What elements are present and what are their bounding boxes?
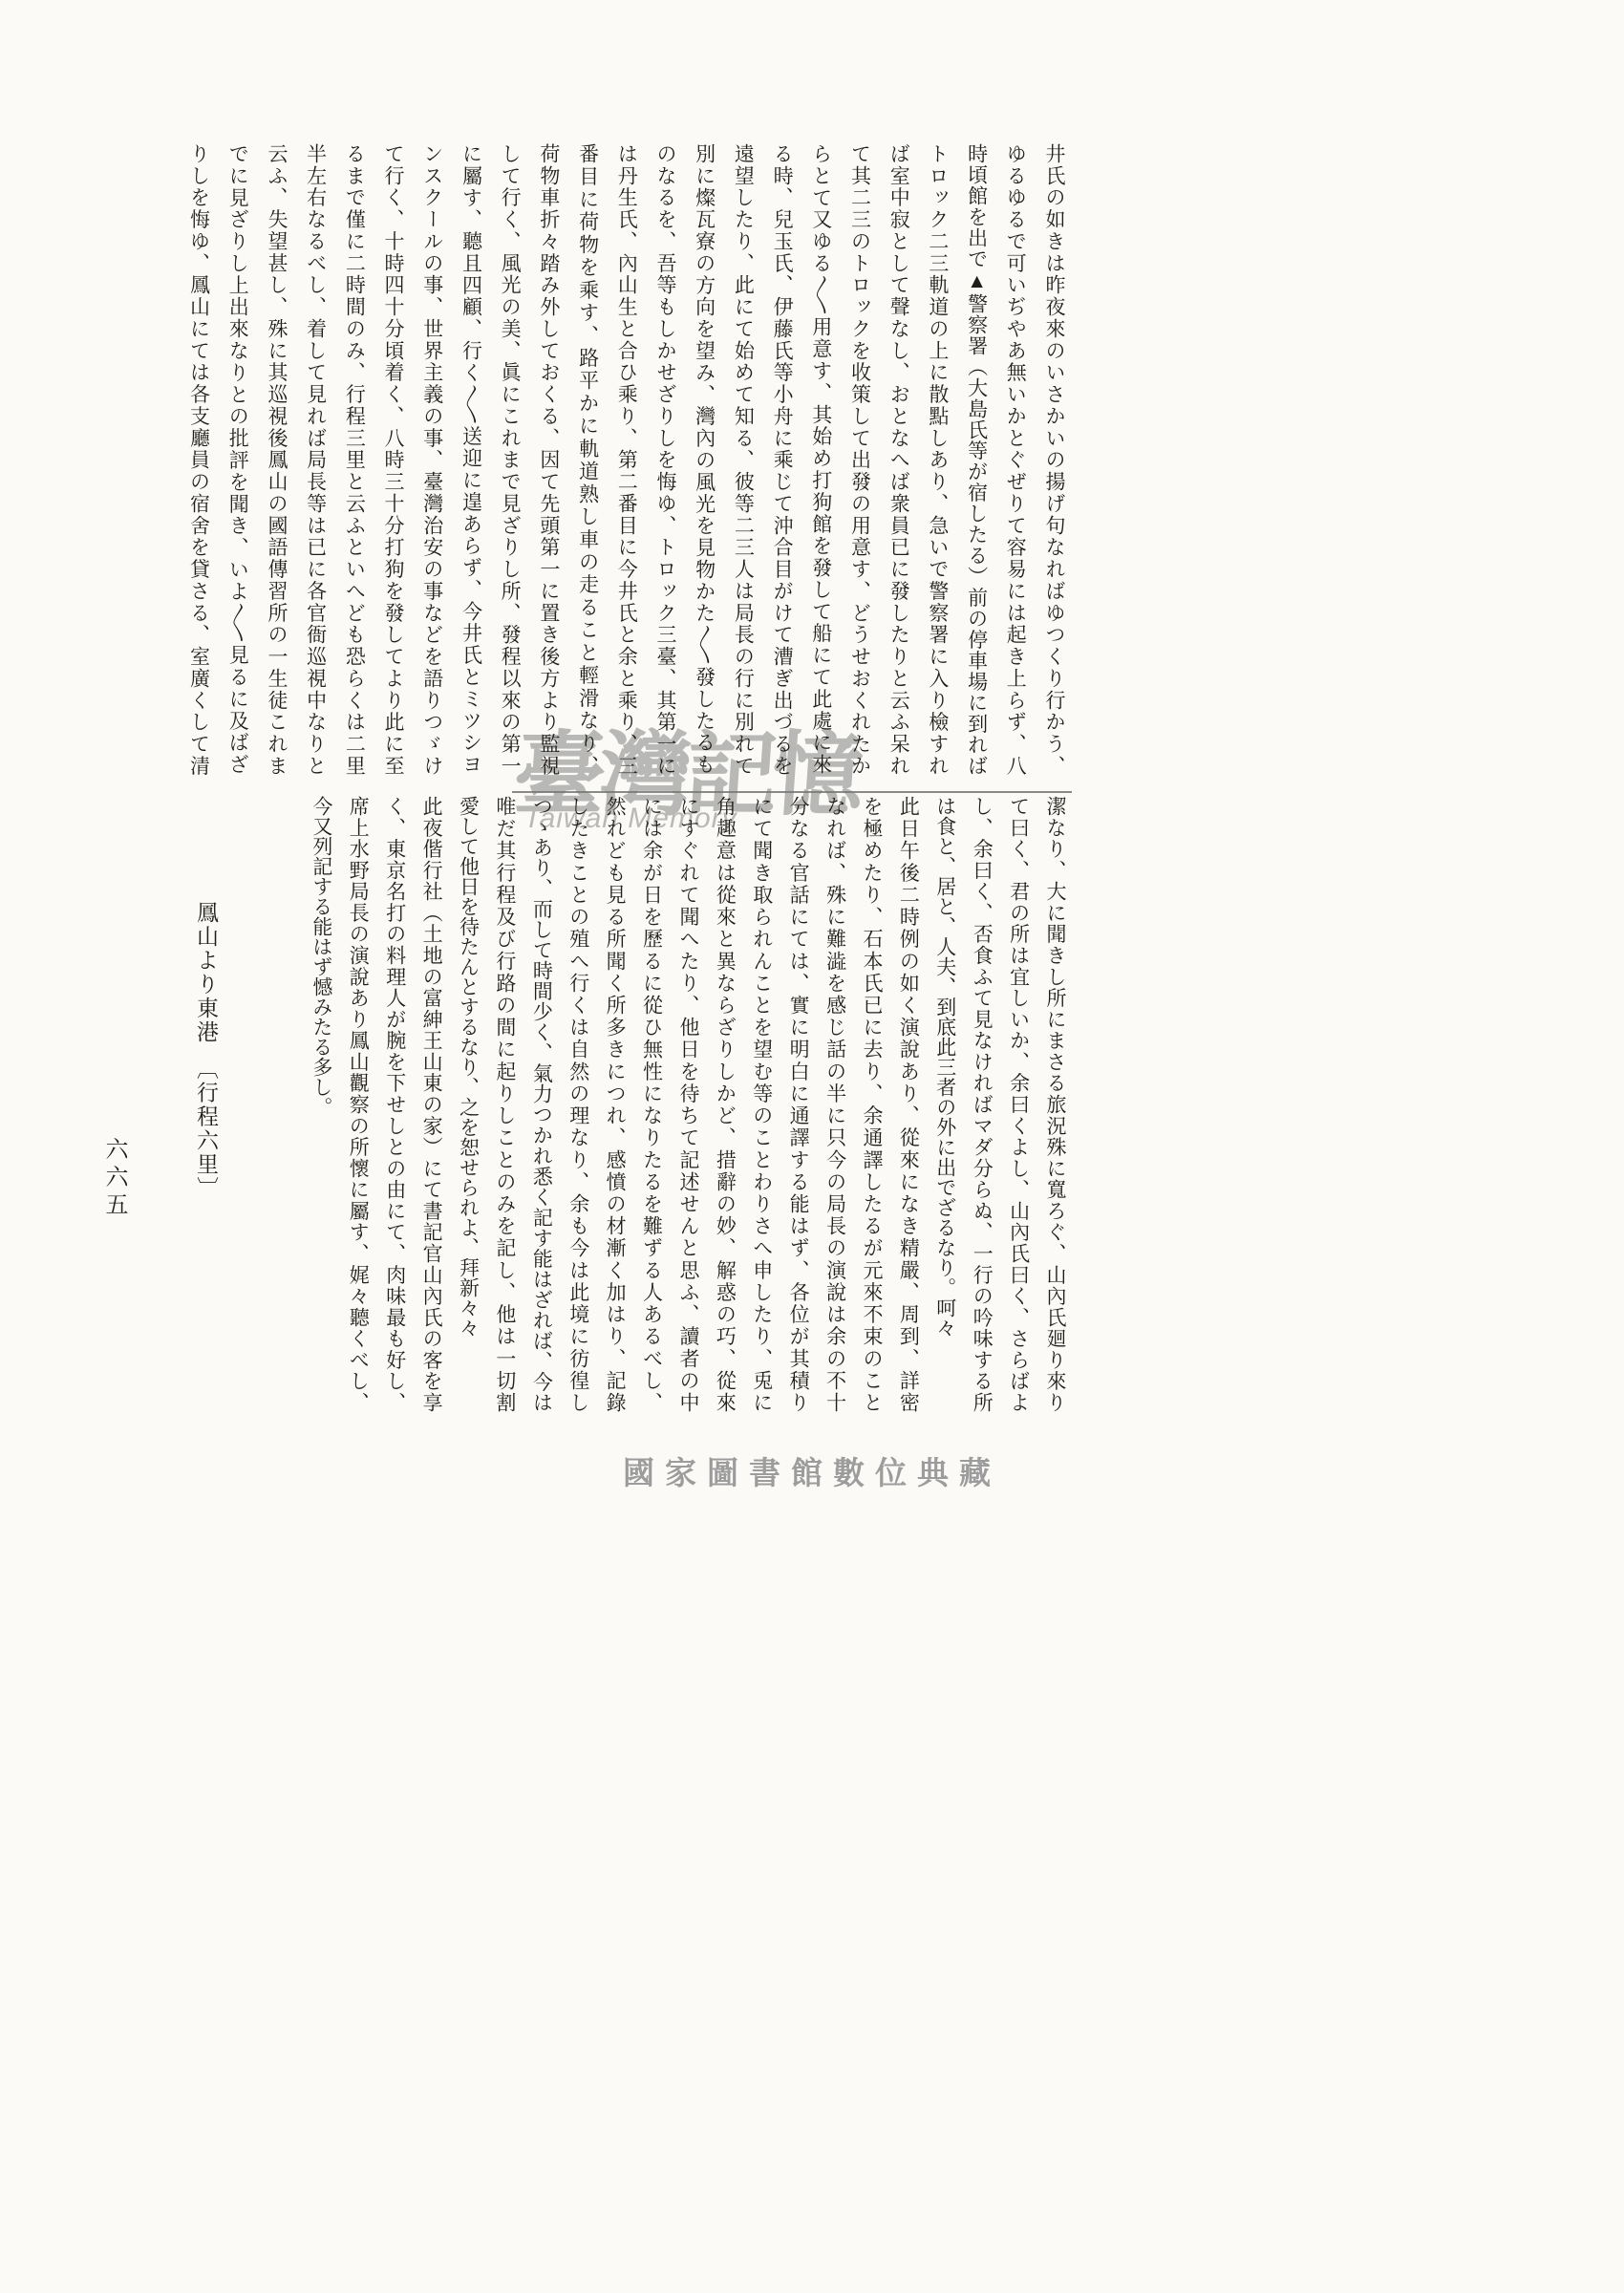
top-text-block: 井氏の如きは昨夜來のいさかいの揚げ句なればゆつくり行かう、ゆるゆるで可いぢやあ無… xyxy=(180,143,1074,776)
text-column: 遠望したり、此にて始めて知る、彼等二三人は局長の行に別れて xyxy=(724,143,763,776)
text-column: 角趣意は從來と異ならざりしかど、措辭の妙、解惑の巧、從來 xyxy=(707,796,743,1412)
library-watermark: 國家圖書館數位典藏 xyxy=(0,1448,1624,1493)
text-column: る時、兒玉氏、伊藤氏等小舟に乘じて沖合目がけて漕ぎ出づるを xyxy=(762,143,801,776)
separator-line xyxy=(512,791,1072,793)
text-column: 唯だ其行程及び行路の間に起りしことのみを記し、他は一切割 xyxy=(487,796,524,1412)
text-column: にて聞き取られんことを望む等のことわりさへ申したり、兎に xyxy=(743,796,780,1412)
text-column: るまで僅に二時間のみ、行程三里と云ふといへども恐らくは二里 xyxy=(335,143,374,776)
text-column: でに見ざりし上出來なりとの批評を聞き、いよ〳〵見るに及ばざ xyxy=(219,143,258,776)
scanned-book-page: 臺灣記憶 Taiwan Memory 井氏の如きは昨夜來のいさかいの揚げ句なれば… xyxy=(0,0,1624,2293)
text-column: く、東京名打の料理人が腕を下せしとの由にて、肉味最も好し、 xyxy=(376,796,413,1412)
text-column: したきことの殖へ行くは自然の理なり、余も今は此境に彷徨し xyxy=(560,796,596,1412)
text-column: りしを悔ゆ、鳳山にては各支廳員の宿舍を貸さる、室廣くして清 xyxy=(180,143,219,776)
text-column: 云ふ、失望甚し、殊に其巡視後鳳山の國語傳習所の一生徒これま xyxy=(257,143,296,776)
page-number: 六六五 xyxy=(97,1137,130,1220)
text-column: 荷物車折々踏み外しておくる、因て先頭第一に置き後方より監視 xyxy=(529,143,568,776)
text-column: 此夜偕行社（土地の富紳王山東の家）にて書記官山內氏の客を享 xyxy=(414,796,450,1412)
text-column: なれば、殊に難澁を感じ話の半に只今の局長の演說は余の不十 xyxy=(817,796,853,1412)
bottom-text-block: 潔なり、大に聞きし所にまさる旅況殊に寬ろぐ、山內氏廻り來りて曰く、君の所は宜しい… xyxy=(304,796,1074,1412)
text-column: 愛して他日を待たんとするなり、之を恕せられよ、拜新々々 xyxy=(450,796,486,1412)
text-column: 番目に荷物を乘す、路平かに軌道熟し車の走ること輕滑なり、 xyxy=(568,143,608,776)
text-column: 潔なり、大に聞きし所にまさる旅況殊に寬ろぐ、山內氏廻り來り xyxy=(1037,796,1074,1412)
text-column: し、余曰く、否食ふて見なければマダ分らぬ、一行の吟味する所 xyxy=(964,796,1000,1412)
text-column: のなるを、吾等もしかせざりしを悔ゆ、トロック三臺、其第一に xyxy=(646,143,685,776)
text-column: ば室中寂として聲なし、おとなへば衆員已に發したりと云ふ呆れ xyxy=(879,143,918,776)
text-column: 席上水野局長の演說あり鳳山觀察の所懷に屬す、娓々聽くべし、 xyxy=(340,796,376,1412)
running-head: 鳳山より東港 〔行程六里〕 xyxy=(189,901,222,1201)
text-column: を極めたり、石本氏已に去り、余通譯したるが元來不束のこと xyxy=(854,796,890,1412)
text-column: 今又列記する能はず憾みたる多し。 xyxy=(303,796,339,1412)
text-column: して行く、風光の美、眞にこれまで見ざりし所、發程以來の第一 xyxy=(490,143,529,776)
text-column: 然れども見る所聞く所多きにつれ、感憤の材漸く加はり、記錄 xyxy=(597,796,633,1412)
text-column: て行く、十時四十分頃着く、八時三十分打狗を發してより此に至 xyxy=(374,143,413,776)
text-column: にすぐれて聞へたり、他日を待ちて記述せんと思ふ、讀者の中 xyxy=(671,796,707,1412)
text-column: は食と、居と、人夫、到底此三者の外に出でざるなり。呵々 xyxy=(927,796,963,1412)
text-column: ンスクールの事、世界主義の事、臺灣治安の事などを語りつゞけ xyxy=(413,143,452,776)
text-column: トロック二三軌道の上に散點しあり、急いで警察署に入り檢すれ xyxy=(918,143,957,776)
text-column: らとて又ゆる〳〵用意す、其始め打狗館を發して船にて此處に來 xyxy=(801,143,841,776)
text-column: 此日午後二時例の如く演說あり、從來になき精嚴、周到、詳密 xyxy=(890,796,927,1412)
text-column: 別に燦瓦寮の方向を望み、灣內の風光を見物かた〳〵發したるも xyxy=(685,143,724,776)
text-column: 分なる官話にては、實に明白に通譯する能はず、各位が其積り xyxy=(780,796,817,1412)
text-column: には余が日を歷るに從ひ無性になりたるを難ずる人あるべし、 xyxy=(633,796,670,1412)
text-column: に屬す、聽且四顧、行く〳〵送迎に遑あらず、今井氏とミツシヨ xyxy=(452,143,491,776)
text-column: つゝあり、而して時間少く、氣力つかれ悉く記す能はざれば、今は xyxy=(524,796,560,1412)
text-column: て曰く、君の所は宜しいか、余曰くよし、山內氏曰く、さらばよ xyxy=(1000,796,1036,1412)
text-column: ゆるゆるで可いぢやあ無いかとぐぜりて容易には起き上らず、八 xyxy=(996,143,1036,776)
text-column: て其二三のトロックを收策して出發の用意す、どうせおくれたか xyxy=(841,143,880,776)
text-column: は丹生氏、內山生と合ひ乘り、第二番目に今井氏と余と乘り、三 xyxy=(608,143,647,776)
text-column: 時頃館を出で▲警察署（大島氏等が宿したる）前の停車場に到れば xyxy=(957,143,996,776)
text-column: 半左右なるべし、着して見れば局長等は已に各官衙巡視中なりと xyxy=(296,143,335,776)
text-column: 井氏の如きは昨夜來のいさかいの揚げ句なればゆつくり行かう、 xyxy=(1035,143,1074,776)
